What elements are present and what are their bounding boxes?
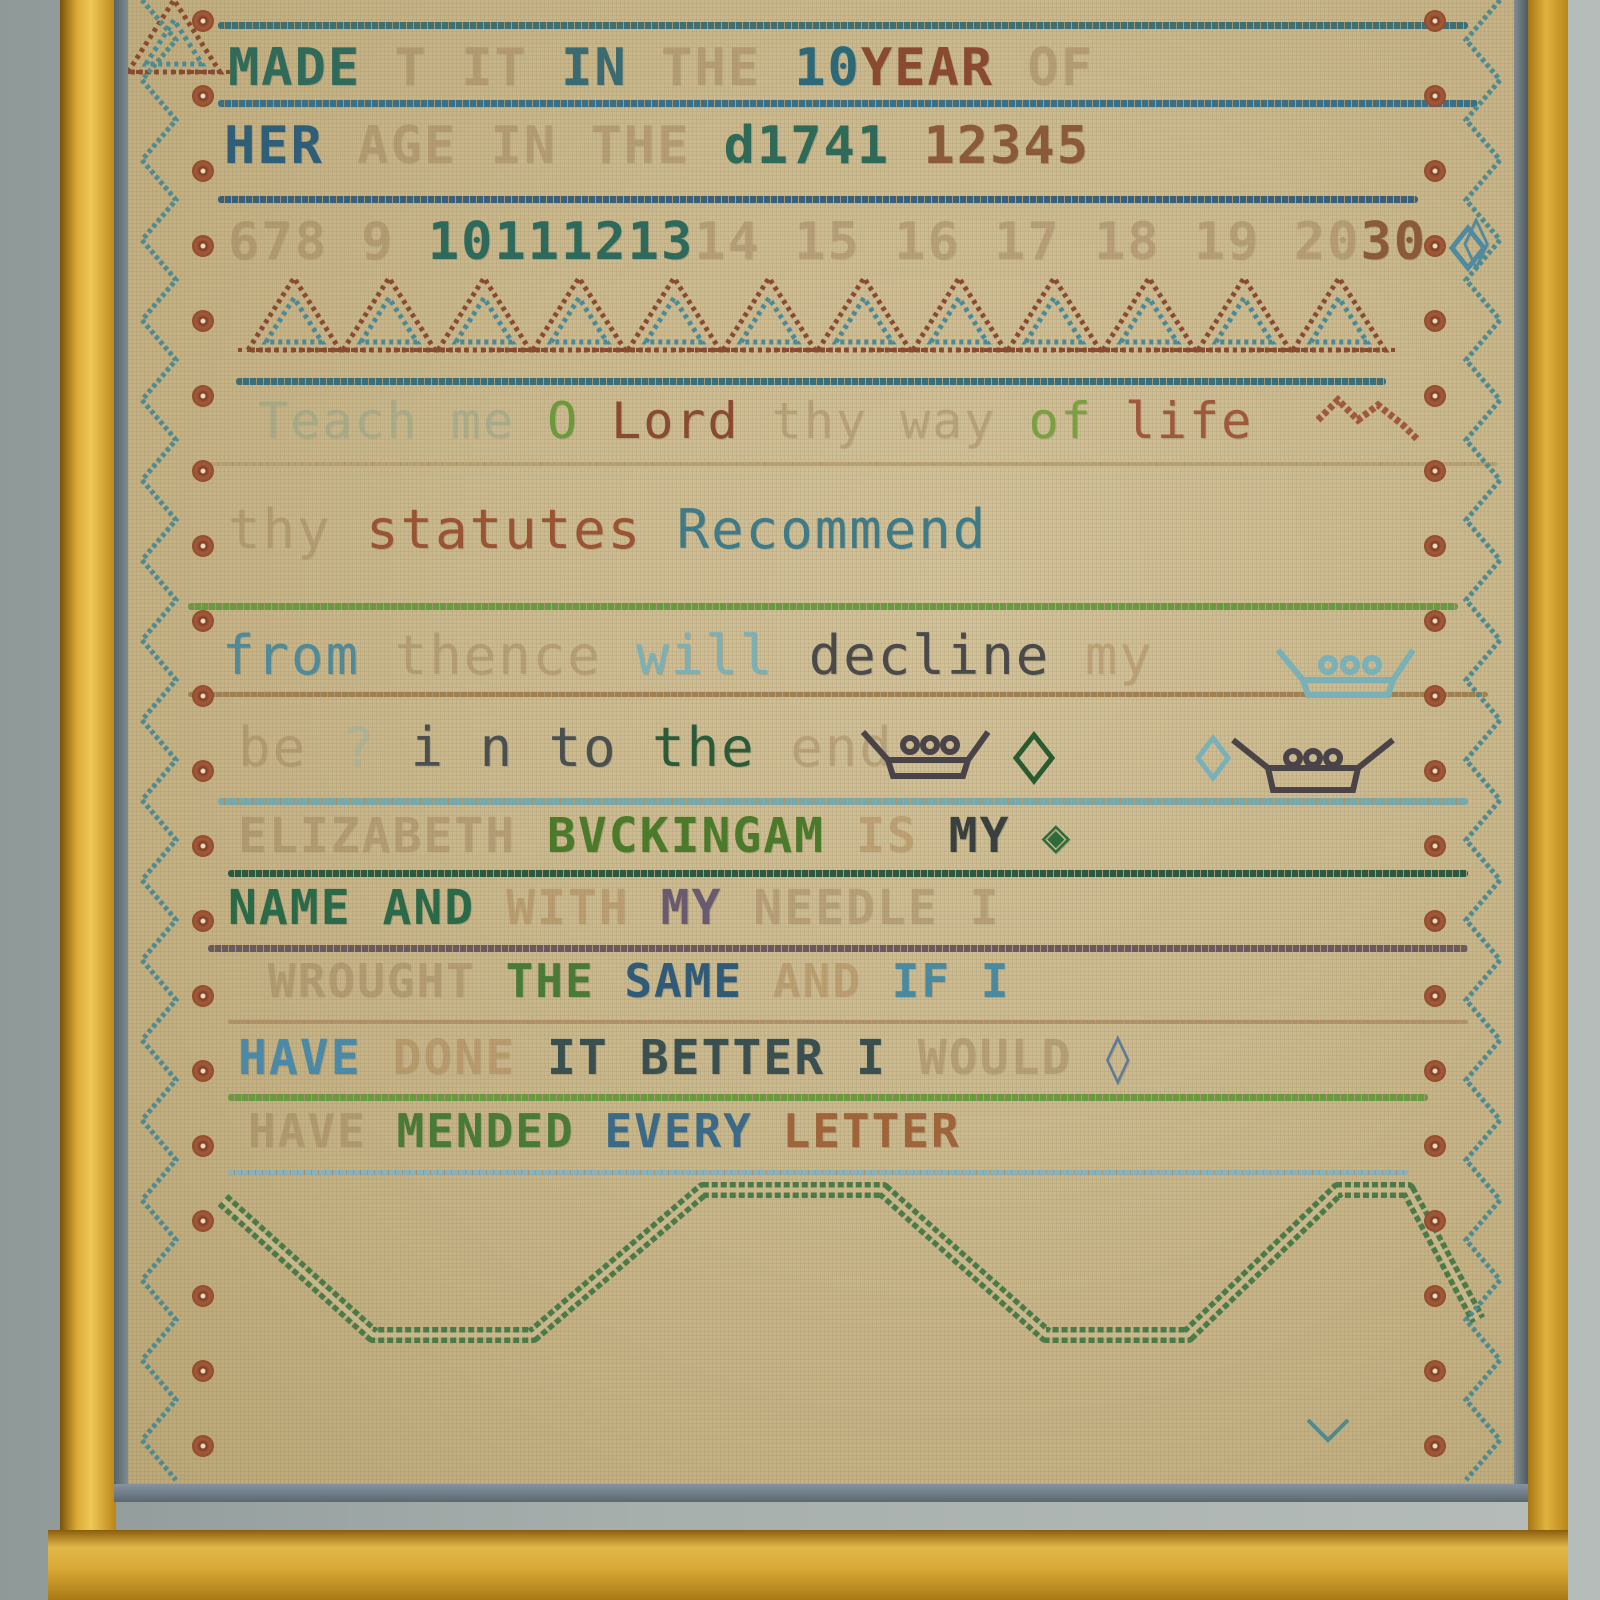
rosette-icon: [192, 1435, 214, 1457]
rosette-icon: [192, 10, 214, 32]
rosette-icon: [1424, 460, 1446, 482]
rosette-icon: [192, 685, 214, 707]
crown-icon: [863, 650, 1413, 790]
rosette-icon: [1424, 1060, 1446, 1082]
rosette-icon: [1424, 1285, 1446, 1307]
rosette-icon: [1424, 685, 1446, 707]
rosette-icon: [192, 535, 214, 557]
rosette-icon: [192, 235, 214, 257]
rosette-icon: [1424, 1360, 1446, 1382]
rosette-icon: [192, 310, 214, 332]
corner-stitch: [1308, 1420, 1348, 1440]
bird-motif-icon: [1318, 400, 1418, 440]
rosette-icon: [1424, 85, 1446, 107]
frame-bottom-gilt: [48, 1530, 1568, 1600]
rosette-icon: [192, 1060, 214, 1082]
rosette-icon: [192, 460, 214, 482]
frame-right-gilt: [1528, 0, 1568, 1530]
rosette-icon: [1424, 535, 1446, 557]
rosette-icon: [192, 1210, 214, 1232]
rosette-icon: [192, 760, 214, 782]
zigzag-band: [223, 1190, 1478, 1335]
rosette-icon: [192, 910, 214, 932]
sampler-motifs: [128, 0, 1514, 1484]
rosette-icon: [192, 385, 214, 407]
rosette-icon: [1424, 10, 1446, 32]
rosette-icon: [1424, 1435, 1446, 1457]
frame-inner-slip-right: [1514, 0, 1528, 1500]
rosette-icon: [1424, 1135, 1446, 1157]
rosette-icon: [192, 1360, 214, 1382]
frame-inner-slip-bottom: [114, 1484, 1528, 1502]
rosette-icon: [192, 1285, 214, 1307]
frame-left-gilt: [60, 0, 116, 1530]
rosette-icon: [192, 985, 214, 1007]
rosette-icon: [1424, 835, 1446, 857]
rosette-icon: [192, 610, 214, 632]
sampler-linen: MADE T IT IN THE 10YEAR OF HER AGE IN TH…: [128, 0, 1514, 1484]
side-border-zigzag: [142, 0, 1500, 1480]
frame-inner-slip-left: [114, 0, 128, 1500]
rosette-icon: [1424, 910, 1446, 932]
rosette-icon: [192, 160, 214, 182]
rosette-icon: [1424, 760, 1446, 782]
rosette-icon: [192, 835, 214, 857]
triangle-band: [128, 0, 1395, 350]
rosette-icon: [1424, 1210, 1446, 1232]
rosette-icon: [1424, 310, 1446, 332]
rosette-icon: [1424, 610, 1446, 632]
rosette-icon: [1424, 160, 1446, 182]
rosette-icon: [1424, 385, 1446, 407]
rosette-icon: [192, 85, 214, 107]
rosette-icon: [192, 1135, 214, 1157]
rosette-icon: [1424, 985, 1446, 1007]
rosette-icon: [1424, 235, 1446, 257]
